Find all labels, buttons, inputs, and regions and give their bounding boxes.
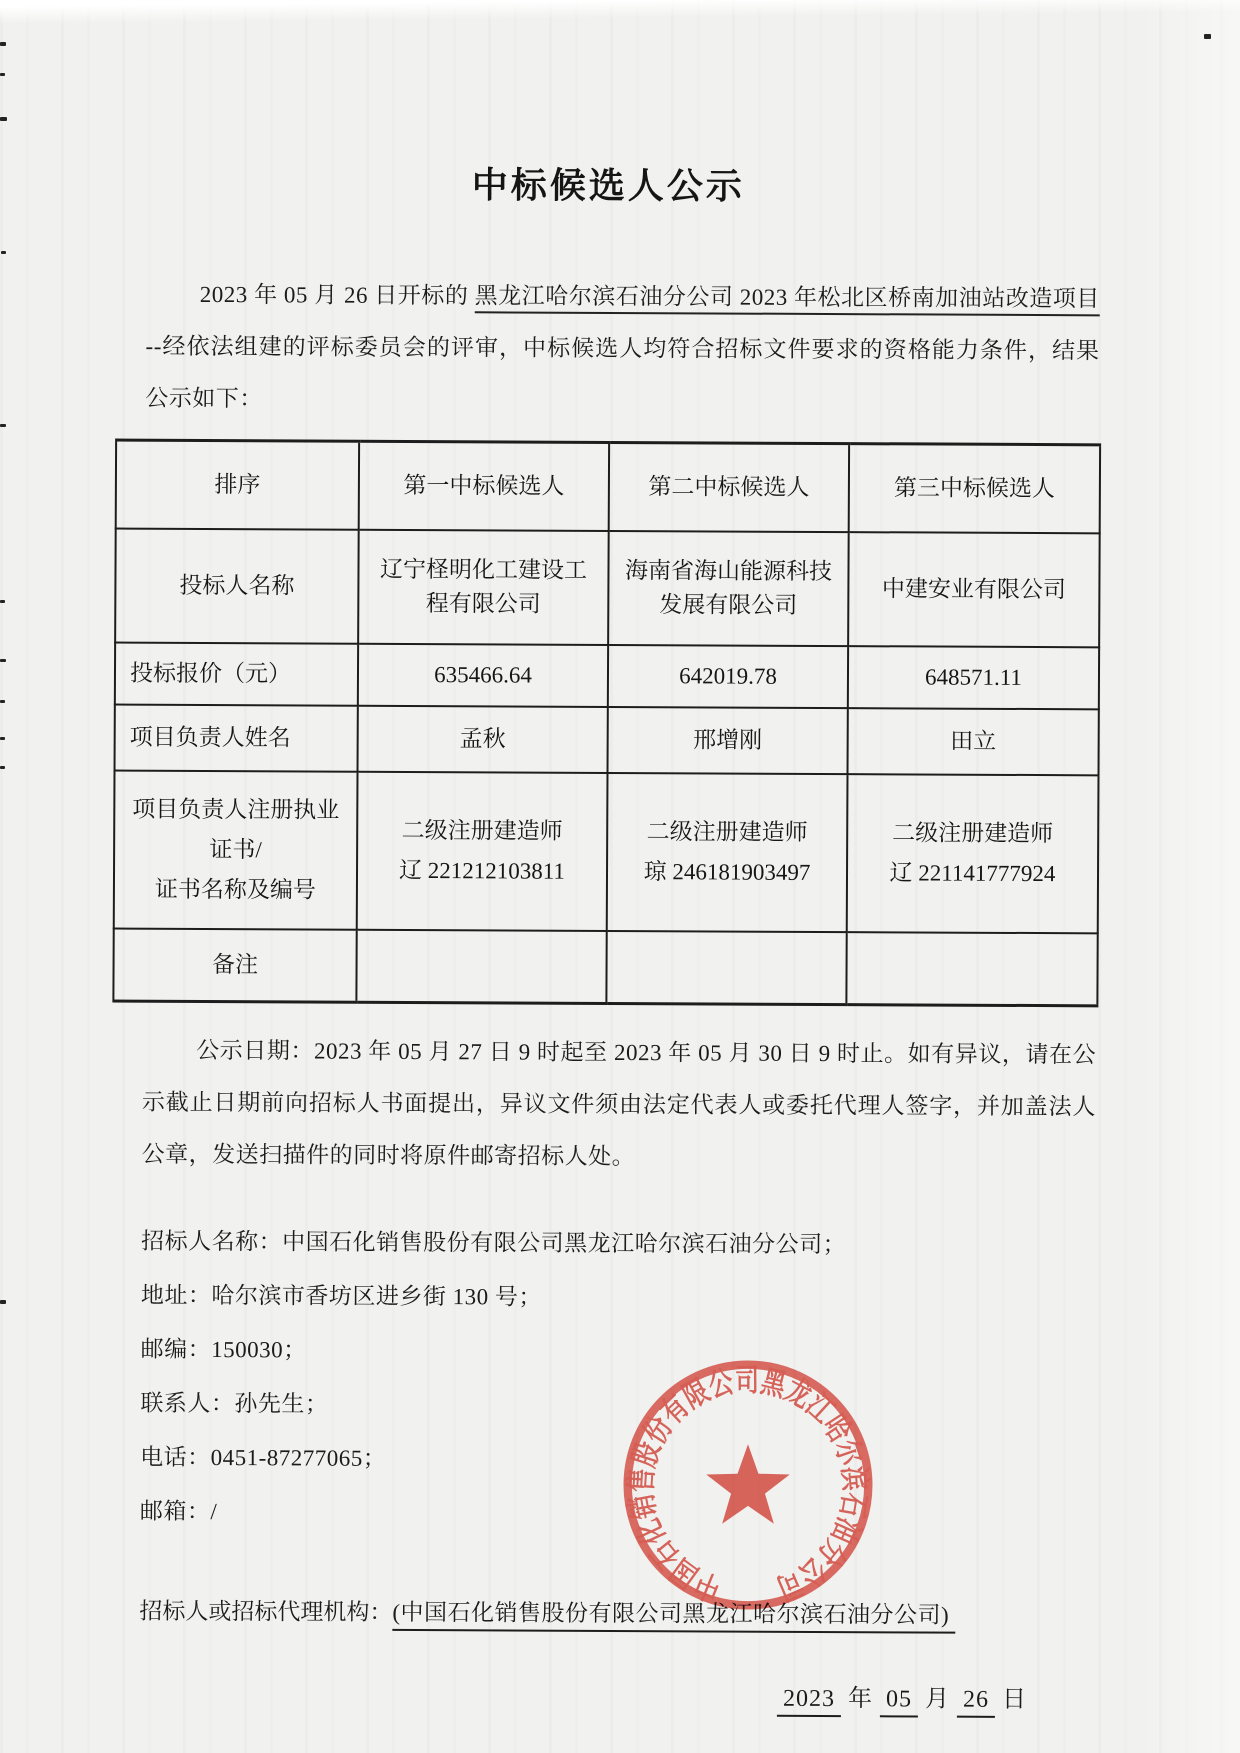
date-month: 05	[880, 1686, 918, 1717]
row-label: 项目负责人注册执业 证书/ 证书名称及编号	[114, 771, 358, 930]
date-day-unit: 日	[1002, 1687, 1027, 1713]
row-label: 备注	[113, 929, 356, 1003]
price-3: 648571.11	[848, 646, 1099, 709]
cert-number: 辽 221141777924	[858, 853, 1087, 894]
agency-label: 招标人或招标代理机构：	[139, 1599, 392, 1625]
remark-2	[606, 931, 846, 1005]
cert-1: 二级注册建造师 辽 221212103811	[357, 772, 608, 931]
project-name-underlined: 黑龙江哈尔滨石油分公司 2023 年松北区桥南加油站改造项目	[475, 283, 1100, 316]
bidder-3: 中建安业有限公司	[848, 532, 1100, 647]
row-label: 投标报价（元）	[115, 643, 358, 706]
bidder-1: 辽宁柽明化工建设工程有限公司	[358, 530, 609, 645]
table-row-project-manager: 项目负责人姓名 孟秋 邢增刚 田立	[115, 705, 1099, 776]
cert-number: 琼 246181903497	[618, 852, 836, 893]
tenderer-name-line: 招标人名称：中国石化销售股份有限公司黑龙江哈尔滨石油分公司；	[141, 1215, 1095, 1274]
header-rank: 排序	[116, 440, 359, 530]
cert-title: 二级注册建造师	[858, 813, 1087, 854]
table-row-bidder-name: 投标人名称 辽宁柽明化工建设工程有限公司 海南省海山能源科技发展有限公司 中建安…	[115, 529, 1100, 648]
header-third-candidate: 第三中标候选人	[849, 444, 1100, 534]
date-month-unit: 月	[925, 1687, 950, 1713]
row-label: 项目负责人姓名	[115, 705, 358, 772]
candidates-table: 排序 第一中标候选人 第二中标候选人 第三中标候选人 投标人名称 辽宁柽明化工建…	[112, 439, 1101, 1008]
cert-label-line1: 项目负责人注册执业	[125, 790, 346, 831]
intro-suffix: --经依法组建的评标委员会的评审，中标候选人均符合招标文件要求的资格能力条件，结…	[145, 334, 1099, 412]
manager-2: 邢增刚	[608, 707, 848, 774]
cert-title: 二级注册建造师	[618, 812, 836, 853]
bidder-2: 海南省海山能源科技发展有限公司	[608, 531, 849, 646]
manager-3: 田立	[848, 708, 1099, 775]
date-year: 2023	[777, 1686, 841, 1717]
intro-prefix: 2023 年 05 月 26 日开标的	[200, 282, 475, 308]
cert-title: 二级注册建造师	[368, 811, 596, 852]
table-row-bid-price: 投标报价（元） 635466.64 642019.78 648571.11	[115, 643, 1099, 710]
header-first-candidate: 第一中标候选人	[359, 441, 609, 531]
intro-paragraph: 2023 年 05 月 26 日开标的 黑龙江哈尔滨石油分公司 2023 年松北…	[145, 269, 1100, 430]
manager-1: 孟秋	[358, 706, 608, 773]
row-label: 投标人名称	[115, 529, 359, 644]
table-row-remark: 备注	[113, 929, 1097, 1006]
seal-star-icon	[706, 1444, 789, 1524]
table-header-row: 排序 第一中标候选人 第二中标候选人 第三中标候选人	[116, 440, 1100, 533]
price-1: 635466.64	[358, 644, 608, 707]
cert-2: 二级注册建造师 琼 246181903497	[607, 773, 848, 932]
signature-date: 2023 年 05 月 26 日	[777, 1684, 1093, 1716]
cert-3: 二级注册建造师 辽 221141777924	[847, 774, 1099, 933]
notice-paragraph: 公示日期：2023 年 05 月 27 日 9 时起至 2023 年 05 月 …	[142, 1025, 1097, 1186]
cert-label-line3: 证书名称及编号	[125, 870, 346, 911]
cert-number: 辽 221212103811	[368, 851, 596, 892]
date-day: 26	[957, 1687, 995, 1718]
cert-label-line2: 证书/	[125, 830, 346, 871]
table-row-certificate: 项目负责人注册执业 证书/ 证书名称及编号 二级注册建造师 辽 22121210…	[114, 771, 1099, 934]
header-second-candidate: 第二中标候选人	[609, 442, 849, 532]
price-2: 642019.78	[608, 645, 848, 708]
date-year-unit: 年	[848, 1686, 873, 1712]
company-seal: 中国石化销售股份有限公司黑龙江哈尔滨石油分公司	[612, 1346, 884, 1624]
remark-3	[846, 932, 1097, 1006]
address-line: 地址：哈尔滨市香坊区进乡街 130 号；	[141, 1269, 1095, 1328]
remark-1	[356, 930, 606, 1004]
page-title: 中标候选人公示	[116, 156, 1100, 212]
